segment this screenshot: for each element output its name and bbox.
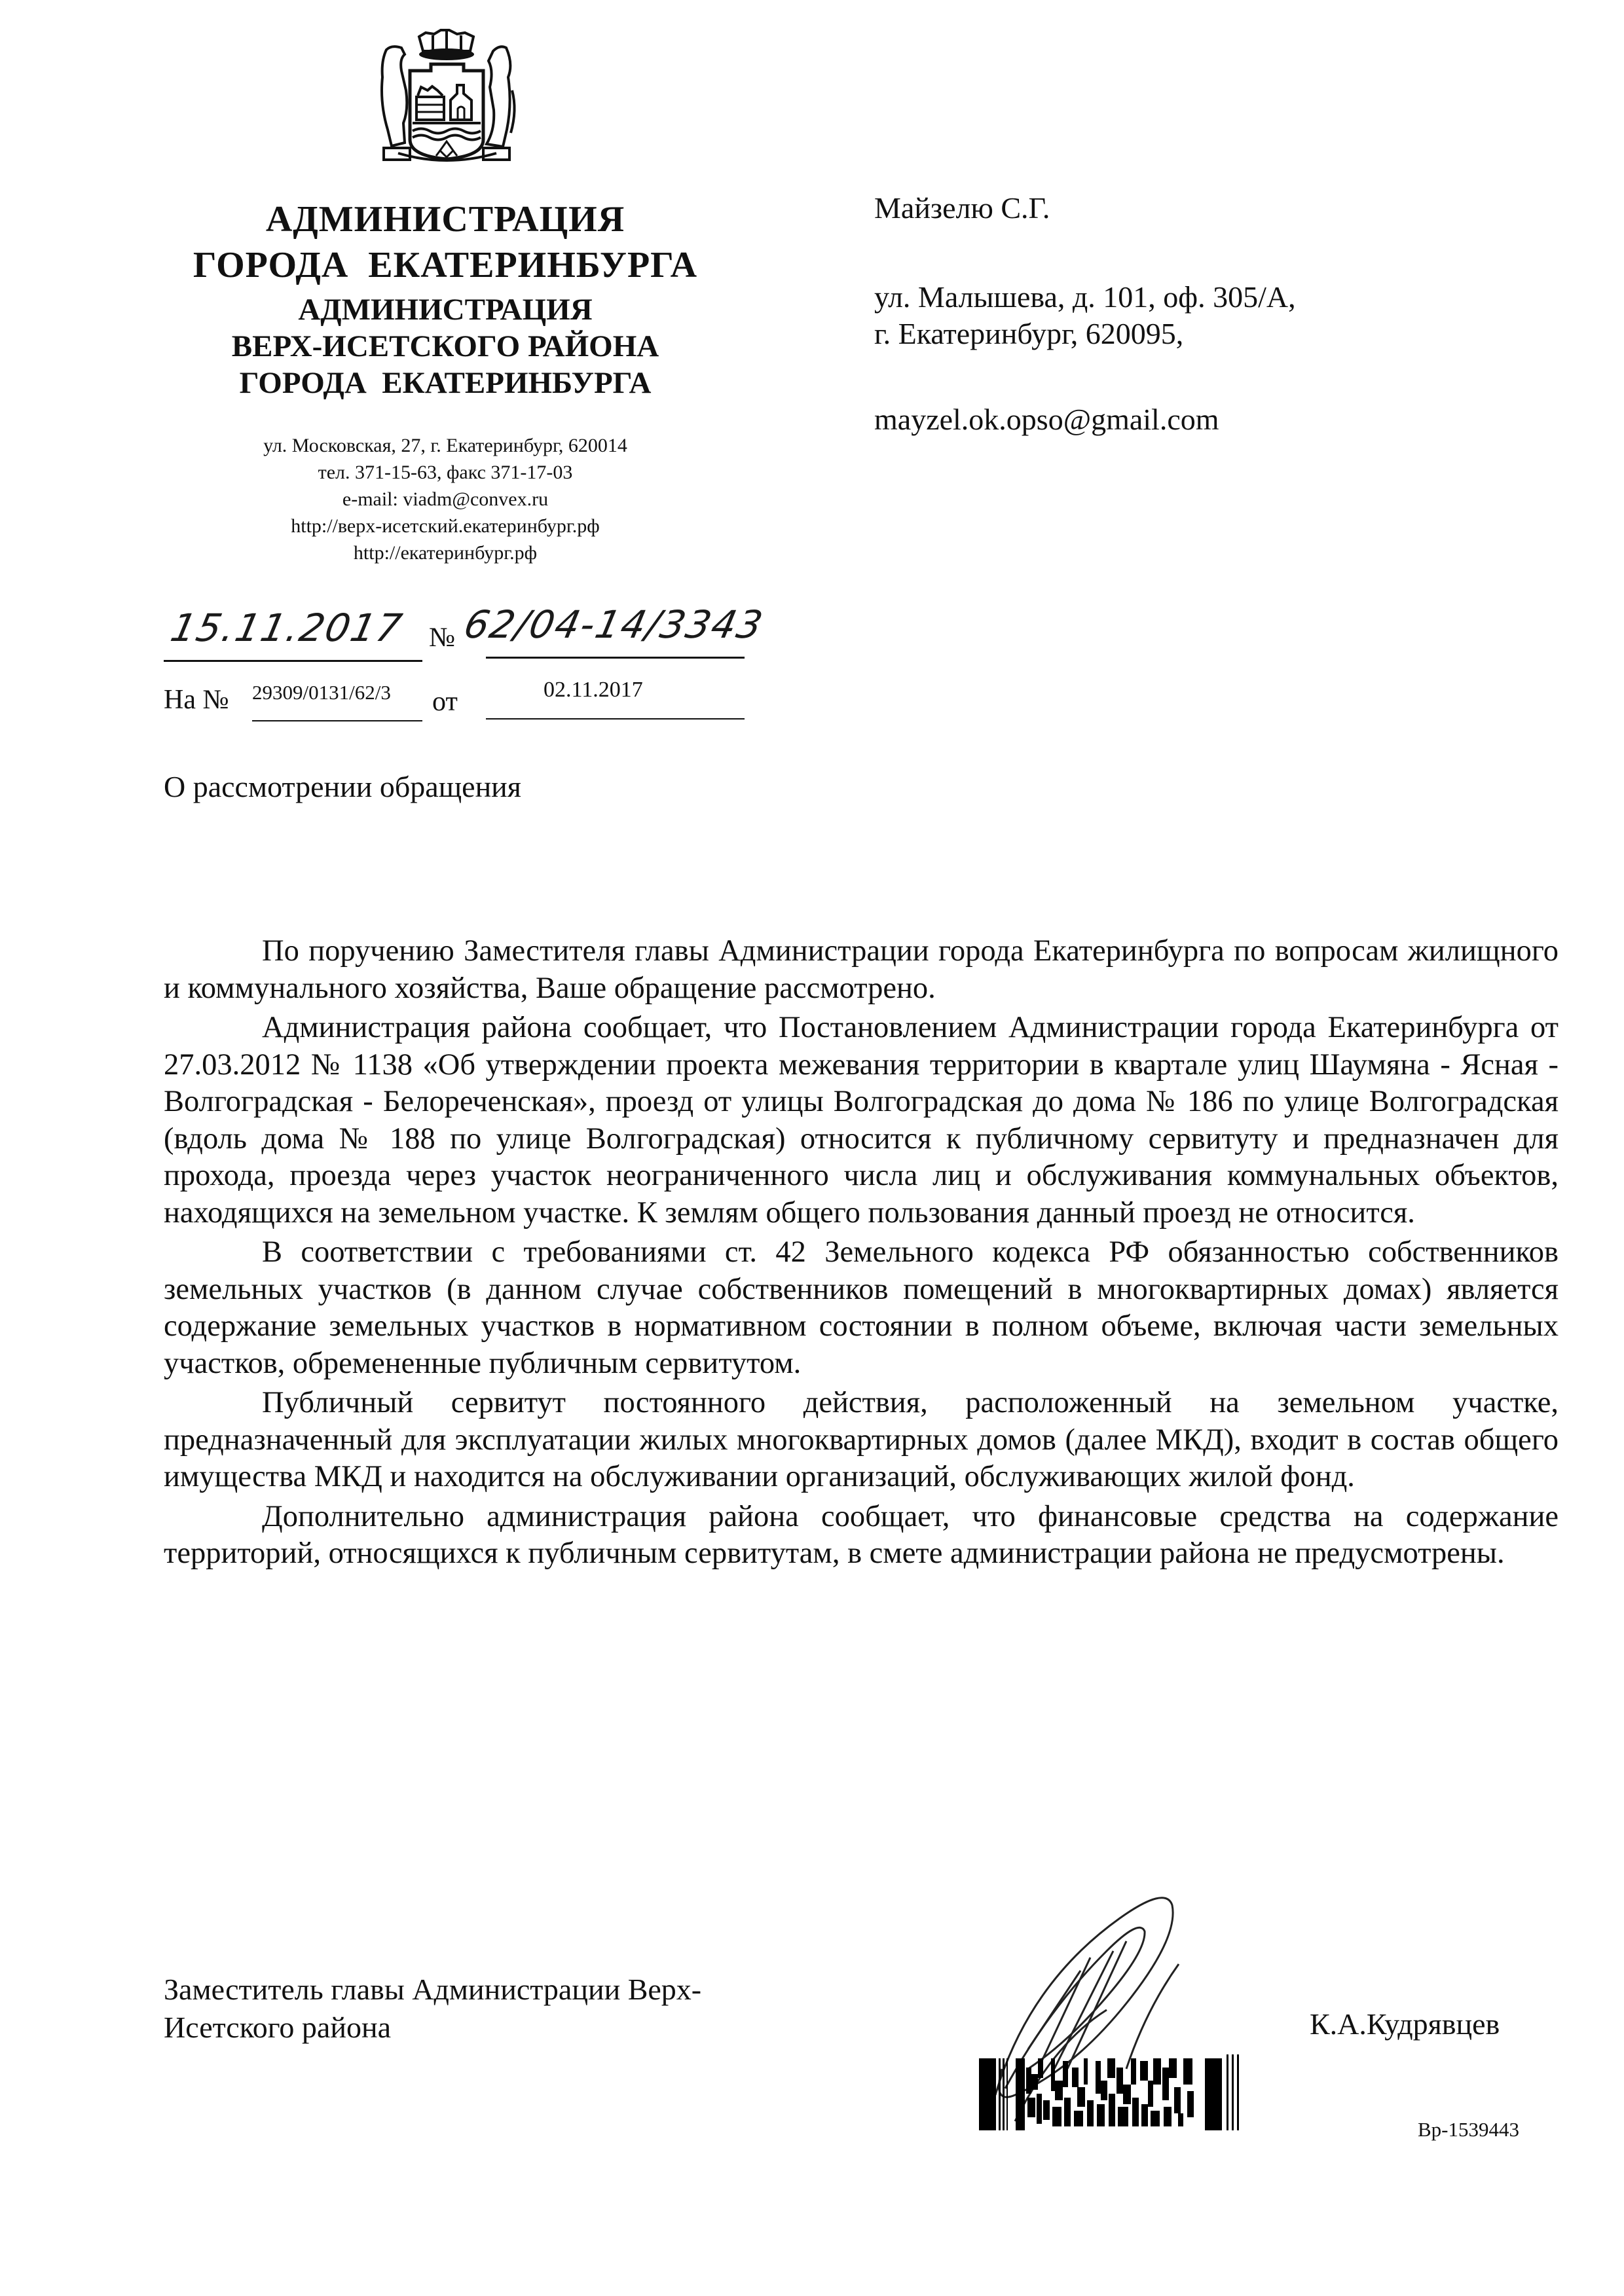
pdf417-barcode-icon [979,2054,1293,2133]
org-website-district: http://верх-исетский.екатеринбург.рф [157,513,733,539]
addressee-address-line-2: г. Екатеринбург, 620095, [874,316,1529,352]
letter-body: По поручению Заместителя главы Администр… [164,933,1559,1573]
outgoing-number-underline [486,657,745,659]
dept-line-3: ГОРОДА ЕКАТЕРИНБУРГА [157,365,733,401]
reply-date-underline [486,718,745,720]
letter-subject: О рассмотрении обращения [164,769,521,804]
addressee-name: Майзелю С.Г. [874,190,1529,227]
city-administration-title: АДМИНИСТРАЦИЯ ГОРОДА ЕКАТЕРИНБУРГА [157,196,733,288]
body-paragraph-5: Дополнительно администрация района сообщ… [164,1499,1559,1573]
district-administration-title: АДМИНИСТРАЦИЯ ВЕРХ-ИСЕТСКОГО РАЙОНА ГОРО… [157,291,733,401]
reply-number-underline [252,720,422,721]
org-email: e-mail: viadm@convex.ru [157,486,733,513]
reply-number: 29309/0131/62/3 [252,681,391,704]
signatory-title-line-1: Заместитель главы Администрации Верх- [164,1971,701,2009]
addressee-address-line-1: ул. Малышева, д. 101, оф. 305/А, [874,279,1529,316]
outgoing-date: 15.11.2017 [167,606,407,650]
org-line-2: ГОРОДА ЕКАТЕРИНБУРГА [157,242,733,288]
reply-from-label: от [432,686,458,718]
dept-line-2: ВЕРХ-ИСЕТСКОГО РАЙОНА [157,328,733,365]
coat-of-arms-icon [372,25,523,164]
body-paragraph-2: Администрация района сообщает, что Поста… [164,1010,1559,1231]
org-phone: тел. 371-15-63, факс 371-17-03 [157,459,733,486]
dept-line-1: АДМИНИСТРАЦИЯ [157,291,733,328]
reply-date: 02.11.2017 [544,678,643,702]
outgoing-number-label: № [429,622,455,653]
signatory-title: Заместитель главы Администрации Верх- Ис… [164,1971,701,2047]
signatory-title-line-2: Исетского района [164,2009,701,2047]
body-paragraph-4: Публичный сервитут постоянного действия,… [164,1385,1559,1496]
document-barcode-id: Вр-1539443 [1418,2118,1519,2141]
body-paragraph-1: По поручению Заместителя главы Администр… [164,933,1559,1007]
outgoing-number: 62/04-14/3343 [460,602,767,647]
addressee-email: mayzel.ok.opso@gmail.com [874,401,1529,438]
letterhead-contacts: ул. Московская, 27, г. Екатеринбург, 620… [157,432,733,566]
reply-label: На № [164,684,229,716]
addressee-block: Майзелю С.Г. ул. Малышева, д. 101, оф. 3… [874,190,1529,438]
body-paragraph-3: В соответствии с требованиями ст. 42 Зем… [164,1234,1559,1382]
org-line-1: АДМИНИСТРАЦИЯ [157,196,733,242]
org-website-city: http://екатеринбург.рф [157,539,733,566]
outgoing-date-underline [164,660,422,662]
handwritten-signature-icon [976,1879,1303,2193]
org-address: ул. Московская, 27, г. Екатеринбург, 620… [157,432,733,459]
signatory-name: К.А.Кудрявцев [1310,2007,1500,2041]
